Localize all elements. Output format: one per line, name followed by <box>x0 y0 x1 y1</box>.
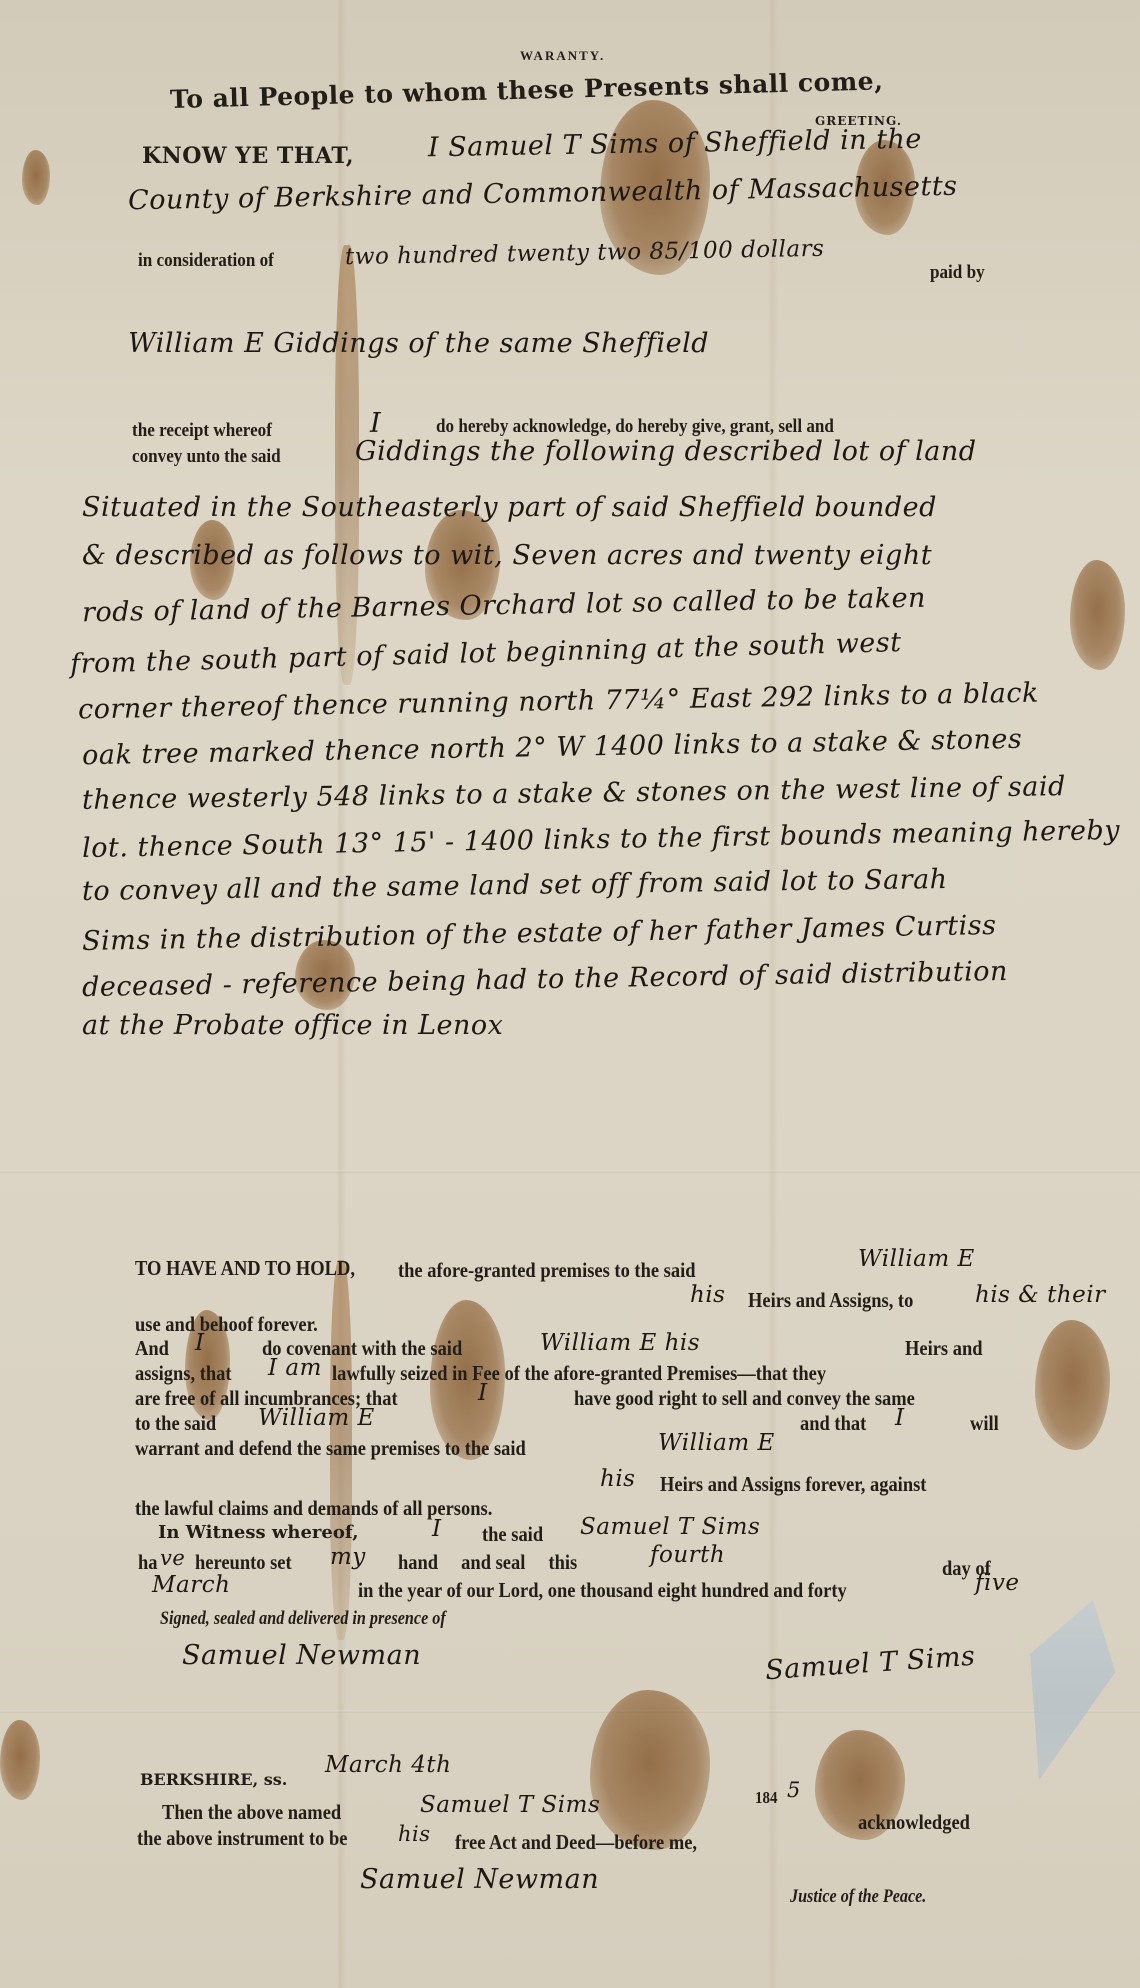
acknowledgment-date: March 4th <box>325 1752 451 1778</box>
heirs-forever-text: Heirs and Assigns forever, against <box>660 1472 926 1497</box>
habendum-his: his <box>690 1282 725 1308</box>
convey-grantee: Giddings the following described lot of … <box>355 436 977 467</box>
warrant-his: his <box>600 1466 635 1492</box>
acknowledgment-year-hand: 5 <box>787 1778 801 1802</box>
year-text: in the year of our Lord, one thousand ei… <box>358 1578 847 1603</box>
witness-pronoun: I <box>432 1516 442 1542</box>
acknowledgment-his: his <box>398 1822 431 1846</box>
county-label: BERKSHIRE, ss. <box>140 1770 287 1789</box>
warrant-grantee: William E <box>658 1430 775 1456</box>
payer-name: William E Giddings of the same Sheffield <box>128 328 709 359</box>
covenant-right-text: have good right to sell and convey the s… <box>574 1386 915 1411</box>
convey-unto-label: convey unto the said <box>132 446 281 468</box>
covenant-seized-text: lawfully seized in Fee of the afore-gran… <box>332 1361 826 1386</box>
description-line: Situated in the Southeasterly part of sa… <box>82 492 937 523</box>
have-handwritten: ve <box>160 1546 185 1570</box>
water-stain <box>590 1690 710 1850</box>
habendum-text: the afore-granted premises to the said <box>398 1258 696 1283</box>
in-witness-whereof-label: In Witness whereof, <box>158 1522 359 1543</box>
instrument-text: the above instrument to be <box>137 1826 347 1851</box>
acknowledgment-name: Samuel T Sims <box>420 1792 600 1818</box>
covenant-will: will <box>970 1411 999 1436</box>
covenant-pronoun: I <box>195 1330 205 1356</box>
water-stain <box>1070 560 1125 670</box>
receipt-pronoun: I <box>370 408 381 439</box>
covenant-i-am: I am <box>268 1355 322 1381</box>
year-handwritten: five <box>975 1570 1019 1596</box>
covenant-pronoun: I <box>478 1380 488 1406</box>
covenant-grantee: William E <box>258 1405 375 1431</box>
justice-title: Justice of the Peace. <box>790 1886 926 1908</box>
warrant-defend-text: warrant and defend the same premises to … <box>135 1436 526 1461</box>
covenant-and-that: and that <box>800 1411 866 1436</box>
water-stain <box>22 150 50 205</box>
covenant-pronoun: I <box>895 1405 905 1431</box>
covenant-heirs-and: Heirs and <box>905 1336 983 1361</box>
month-handwritten: March <box>152 1572 230 1598</box>
receipt-whereof-label: the receipt whereof <box>132 420 272 442</box>
water-stain <box>0 1720 40 1800</box>
my-handwritten: my <box>330 1544 366 1570</box>
signed-sealed-label: Signed, sealed and delivered in presence… <box>160 1608 446 1630</box>
acknowledge-grant-text: do hereby acknowledge, do hereby give, g… <box>436 416 834 438</box>
covenant-grantee: William E his <box>540 1330 700 1356</box>
hand-and-seal-text: hand and seal this <box>398 1550 577 1575</box>
covenant-and-label: And <box>135 1336 169 1361</box>
witness-said-label: the said <box>482 1522 543 1547</box>
know-ye-that-label: KNOW YE THAT, <box>142 143 354 169</box>
habendum-grantee: William E <box>858 1246 975 1272</box>
acknowledgment-year-print: 184 <box>755 1788 777 1808</box>
to-have-and-to-hold-label: TO HAVE AND TO HOLD, <box>135 1256 355 1281</box>
free-act-text: free Act and Deed—before me, <box>455 1830 697 1855</box>
witness-grantor-name: Samuel T Sims <box>580 1514 760 1540</box>
paid-by-label: paid by <box>930 262 985 284</box>
paper-fold <box>0 1710 1140 1713</box>
habendum-heirs-text: Heirs and Assigns, to <box>748 1288 913 1313</box>
paper-fold <box>0 1170 1140 1173</box>
covenant-assigns-that: assigns, that <box>135 1361 232 1386</box>
water-stain <box>1035 1320 1110 1450</box>
habendum-their: his & their <box>975 1282 1106 1308</box>
form-type-heading: WARANTY. <box>520 48 605 64</box>
witness-signature: Samuel Newman <box>182 1640 421 1671</box>
day-handwritten: fourth <box>650 1542 725 1568</box>
covenant-to-said: to the said <box>135 1411 216 1436</box>
description-line: at the Probate office in Lenox <box>82 1010 503 1041</box>
use-and-behoof-text: use and behoof forever. <box>135 1312 318 1337</box>
then-above-named-text: Then the above named <box>162 1800 341 1825</box>
consideration-label: in consideration of <box>138 250 274 272</box>
description-line: & described as follows to wit, Seven acr… <box>82 540 932 571</box>
justice-signature: Samuel Newman <box>360 1864 599 1895</box>
acknowledged-text: acknowledged <box>858 1810 970 1835</box>
